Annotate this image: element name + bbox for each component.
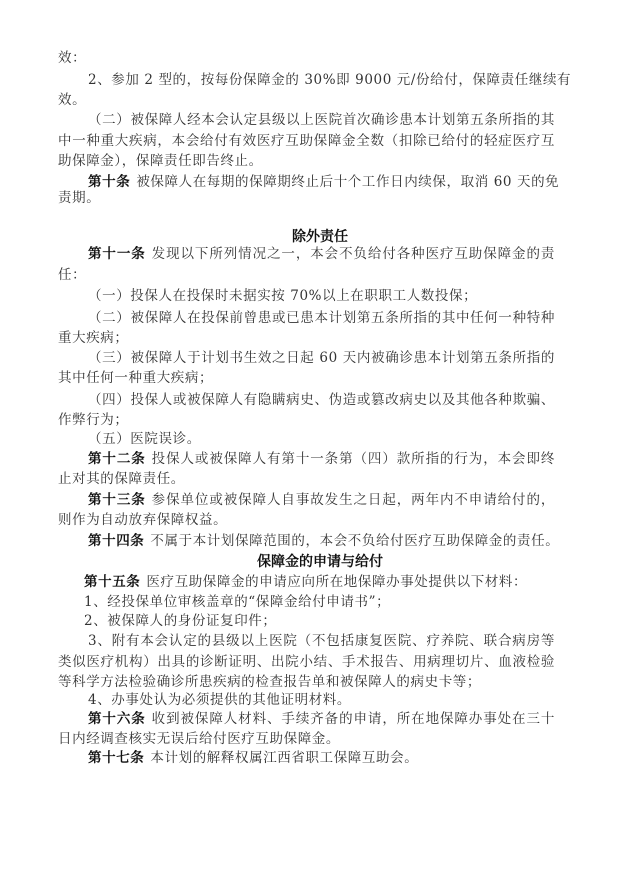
- section-title-claims: 保障金的申请与给付: [0, 553, 640, 571]
- article-label: 第十条: [88, 174, 130, 190]
- article-label: 第十一条: [88, 246, 146, 262]
- list-item: 2、被保障人的身份证复印件；: [84, 612, 584, 630]
- paragraph-line: 助保障金），保障责任即告终止。: [58, 152, 558, 170]
- paragraph-line: 日内经调查核实无误后给付医疗互助保障金。: [58, 730, 558, 748]
- list-item: 3、附有本会认定的县级以上医院（不包括康复医院、疗养院、联合病房等: [88, 632, 555, 650]
- paragraph-line: 责期。: [58, 189, 558, 207]
- document-page: 效： 2、参加 2 型的，按每份保障金的 30%即 9000 元/份给付，保障责…: [0, 0, 640, 893]
- list-item: 作弊行为；: [58, 411, 558, 429]
- article-label: 第十七条: [88, 750, 144, 766]
- article-12: 第十二条投保人或被保障人有第十一条第（四）款所指的行为，本会即终: [88, 450, 555, 468]
- article-17: 第十七条本计划的解释权属江西省职工保障互助会。: [88, 749, 588, 767]
- article-14: 第十四条不属于本计划保障范围的，本会不负给付医疗互助保障金的责任。: [88, 532, 588, 550]
- list-item: （一）投保人在投保时未据实按 70%以上在职职工人数投保；: [88, 287, 588, 305]
- article-text: 发现以下所列情况之一，本会不负给付各种医疗互助保障金的责: [152, 246, 555, 262]
- paragraph-line: 任：: [58, 266, 558, 284]
- article-text: 投保人或被保障人有第十一条第（四）款所指的行为，本会即终: [152, 451, 555, 467]
- list-item: 其中任何一种重大疾病；: [58, 369, 558, 387]
- article-label: 第十六条: [88, 711, 146, 727]
- list-item: （三）被保障人于计划书生效之日起 60 天内被确诊患本计划第五条所指的: [88, 349, 555, 367]
- list-item: 4、办事处认为必须提供的其他证明材料。: [88, 691, 588, 709]
- article-text: 医疗互助保障金的申请应向所在地保障办事处提供以下材料：: [146, 574, 527, 590]
- article-11: 第十一条发现以下所列情况之一，本会不负给付各种医疗互助保障金的责: [88, 245, 555, 263]
- article-label: 第十五条: [84, 574, 140, 590]
- list-item: （五）医院误诊。: [88, 430, 588, 448]
- list-item: （四）投保人或被保障人有隐瞒病史、伪造或篡改病史以及其他各种欺骗、: [88, 391, 555, 409]
- list-item: 重大疾病；: [58, 329, 558, 347]
- article-label: 第十四条: [88, 533, 144, 549]
- list-item: （二）被保障人在投保前曾患或已患本计划第五条所指的其中任何一种特种: [88, 309, 555, 327]
- list-item: 等科学方法检验确诊所患疾病的检查报告单和被保障人的病史卡等；: [58, 673, 558, 691]
- paragraph-line: 中一种重大疾病，本会给付有效医疗互助保障金全数（扣除已给付的轻症医疗互: [58, 132, 555, 150]
- article-text: 本计划的解释权属江西省职工保障互助会。: [150, 750, 418, 766]
- article-15: 第十五条医疗互助保障金的申请应向所在地保障办事处提供以下材料：: [84, 573, 584, 591]
- article-label: 第十二条: [88, 451, 146, 467]
- paragraph-line: （二）被保障人经本会认定县级以上医院首次确诊患本计划第五条所指的其: [88, 111, 555, 129]
- list-item: 类似医疗机构）出具的诊断证明、出院小结、手术报告、用病理切片、血液检验: [58, 653, 555, 671]
- article-text: 收到被保障人材料、手续齐备的申请，所在地保障办事处在三十: [152, 711, 555, 727]
- article-label: 第十三条: [88, 492, 146, 508]
- article-text: 被保障人在每期的保障期终止后十个工作日内续保，取消 60 天的免: [136, 174, 559, 190]
- section-title-exclusions: 除外责任: [0, 228, 640, 246]
- paragraph-line: 2、参加 2 型的，按每份保障金的 30%即 9000 元/份给付，保障责任继续…: [88, 71, 555, 89]
- paragraph-line: 止对其的保障责任。: [58, 470, 558, 488]
- paragraph-line: 效：: [58, 49, 558, 67]
- article-13: 第十三条参保单位或被保障人自事故发生之日起，两年内不申请给付的，: [88, 491, 555, 509]
- article-text: 参保单位或被保障人自事故发生之日起，两年内不申请给付的，: [152, 492, 555, 508]
- paragraph-line: 效。: [58, 91, 558, 109]
- article-16: 第十六条收到被保障人材料、手续齐备的申请，所在地保障办事处在三十: [88, 710, 555, 728]
- article-text: 不属于本计划保障范围的，本会不负给付医疗互助保障金的责任。: [150, 533, 559, 549]
- list-item: 1、经投保单位审核盖章的“保障金给付申请书”；: [84, 593, 584, 611]
- paragraph-line: 则作为自动放弃保障权益。: [58, 511, 558, 529]
